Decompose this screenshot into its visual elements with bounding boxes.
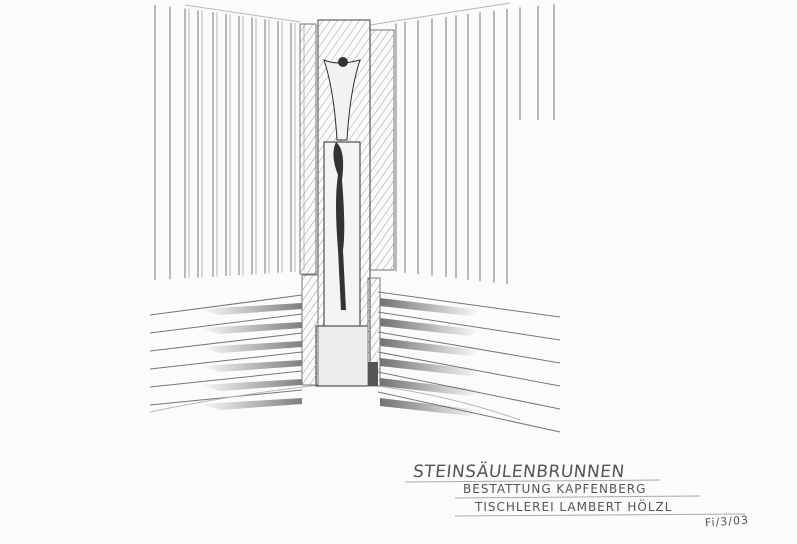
drawing-subtitle: BESTATTUNG KAPFENBERG bbox=[463, 482, 646, 496]
left-horizontal-bench bbox=[150, 295, 320, 412]
right-horizontal-bench bbox=[370, 292, 560, 432]
fountain-sketch bbox=[0, 0, 797, 544]
left-slatted-wall bbox=[155, 5, 316, 280]
drawing-maker: TISCHLEREI LAMBERT HÖLZL bbox=[475, 500, 672, 514]
drawing-title: STEINSÄULENBRUNNEN bbox=[412, 462, 626, 482]
right-slatted-wall bbox=[370, 3, 554, 284]
